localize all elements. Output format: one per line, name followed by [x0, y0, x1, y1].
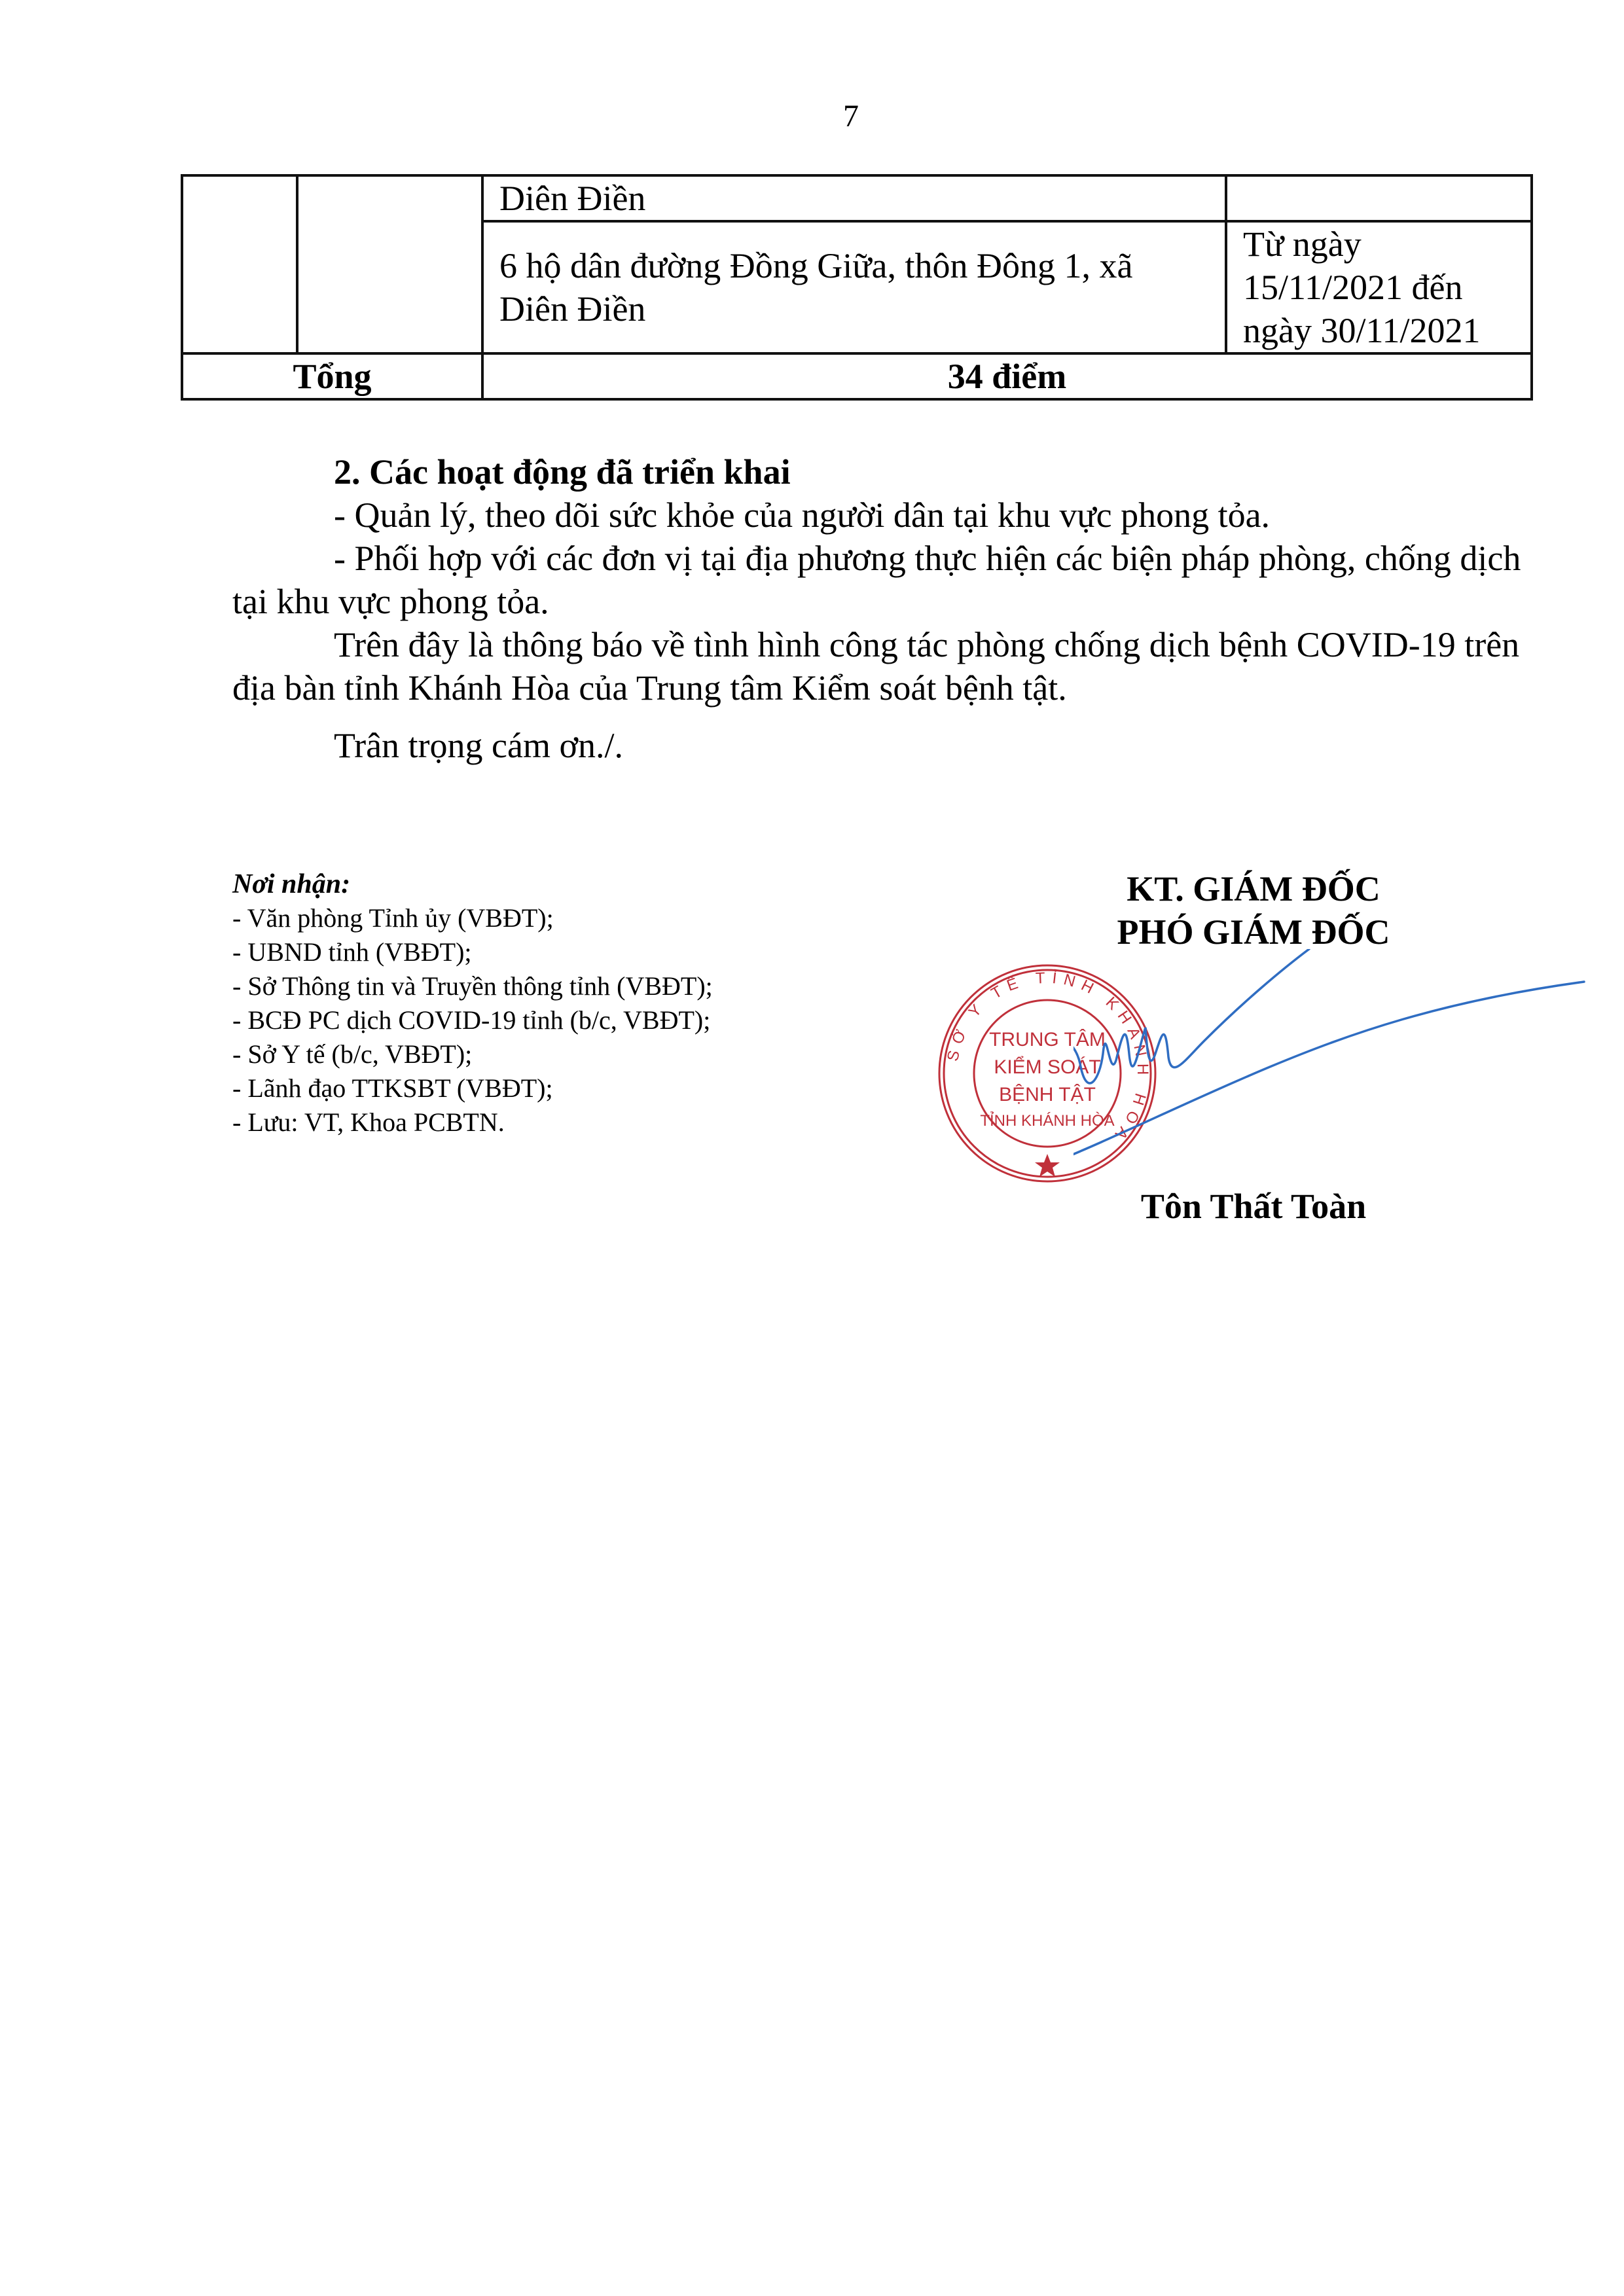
section-activities: 2. Các hoạt động đã triển khai - Quản lý…: [232, 450, 1532, 767]
conclusion-paragraph: Trên đây là thông báo về tình hình công …: [232, 623, 1532, 709]
table-total-row: Tổng 34 điểm: [182, 353, 1532, 399]
signer-title: KT. GIÁM ĐỐC PHÓ GIÁM ĐỐC: [1047, 867, 1460, 954]
recipient-item: - BCĐ PC dịch COVID-19 tỉnh (b/c, VBĐT);: [232, 1003, 713, 1037]
total-label: Tổng: [182, 353, 482, 399]
table-cell-period: [1226, 175, 1532, 221]
table-cell-index: [182, 175, 297, 353]
page-number: 7: [812, 98, 890, 135]
table-cell-period: Từ ngày 15/11/2021 đến ngày 30/11/2021: [1226, 221, 1532, 353]
recipient-item: - Lưu: VT, Khoa PCBTN.: [232, 1105, 713, 1139]
table-row: Diên Điền: [182, 175, 1532, 221]
closing-line: Trân trọng cám ơn./.: [232, 724, 1532, 767]
activity-item: - Quản lý, theo dõi sức khỏe của người d…: [232, 493, 1532, 537]
recipient-item: - UBND tỉnh (VBĐT);: [232, 935, 713, 969]
section-heading: 2. Các hoạt động đã triển khai: [232, 450, 1532, 493]
recipient-item: - Sở Thông tin và Truyền thông tỉnh (VBĐ…: [232, 969, 713, 1003]
recipients-block: Nơi nhận: - Văn phòng Tỉnh ủy (VBĐT); - …: [232, 867, 713, 1139]
recipient-item: - Sở Y tế (b/c, VBĐT);: [232, 1037, 713, 1071]
table-cell-location: 6 hộ dân đường Đồng Giữa, thôn Đông 1, x…: [482, 221, 1226, 353]
activity-item: - Phối hợp với các đơn vị tại địa phương…: [232, 537, 1532, 623]
signer-name: Tôn Thất Toàn: [1047, 1185, 1460, 1228]
table-cell-district: [297, 175, 482, 353]
handwritten-signature-icon: [1074, 949, 1597, 1198]
recipient-item: - Lãnh đạo TTKSBT (VBĐT);: [232, 1071, 713, 1105]
table-cell-location: Diên Điền: [482, 175, 1226, 221]
total-value: 34 điểm: [482, 353, 1532, 399]
signer-title-line1: KT. GIÁM ĐỐC: [1047, 867, 1460, 910]
locations-table: Diên Điền 6 hộ dân đường Đồng Giữa, thôn…: [181, 174, 1533, 401]
signer-title-line2: PHÓ GIÁM ĐỐC: [1047, 910, 1460, 954]
recipient-item: - Văn phòng Tỉnh ủy (VBĐT);: [232, 901, 713, 935]
recipients-title: Nơi nhận:: [232, 867, 713, 901]
